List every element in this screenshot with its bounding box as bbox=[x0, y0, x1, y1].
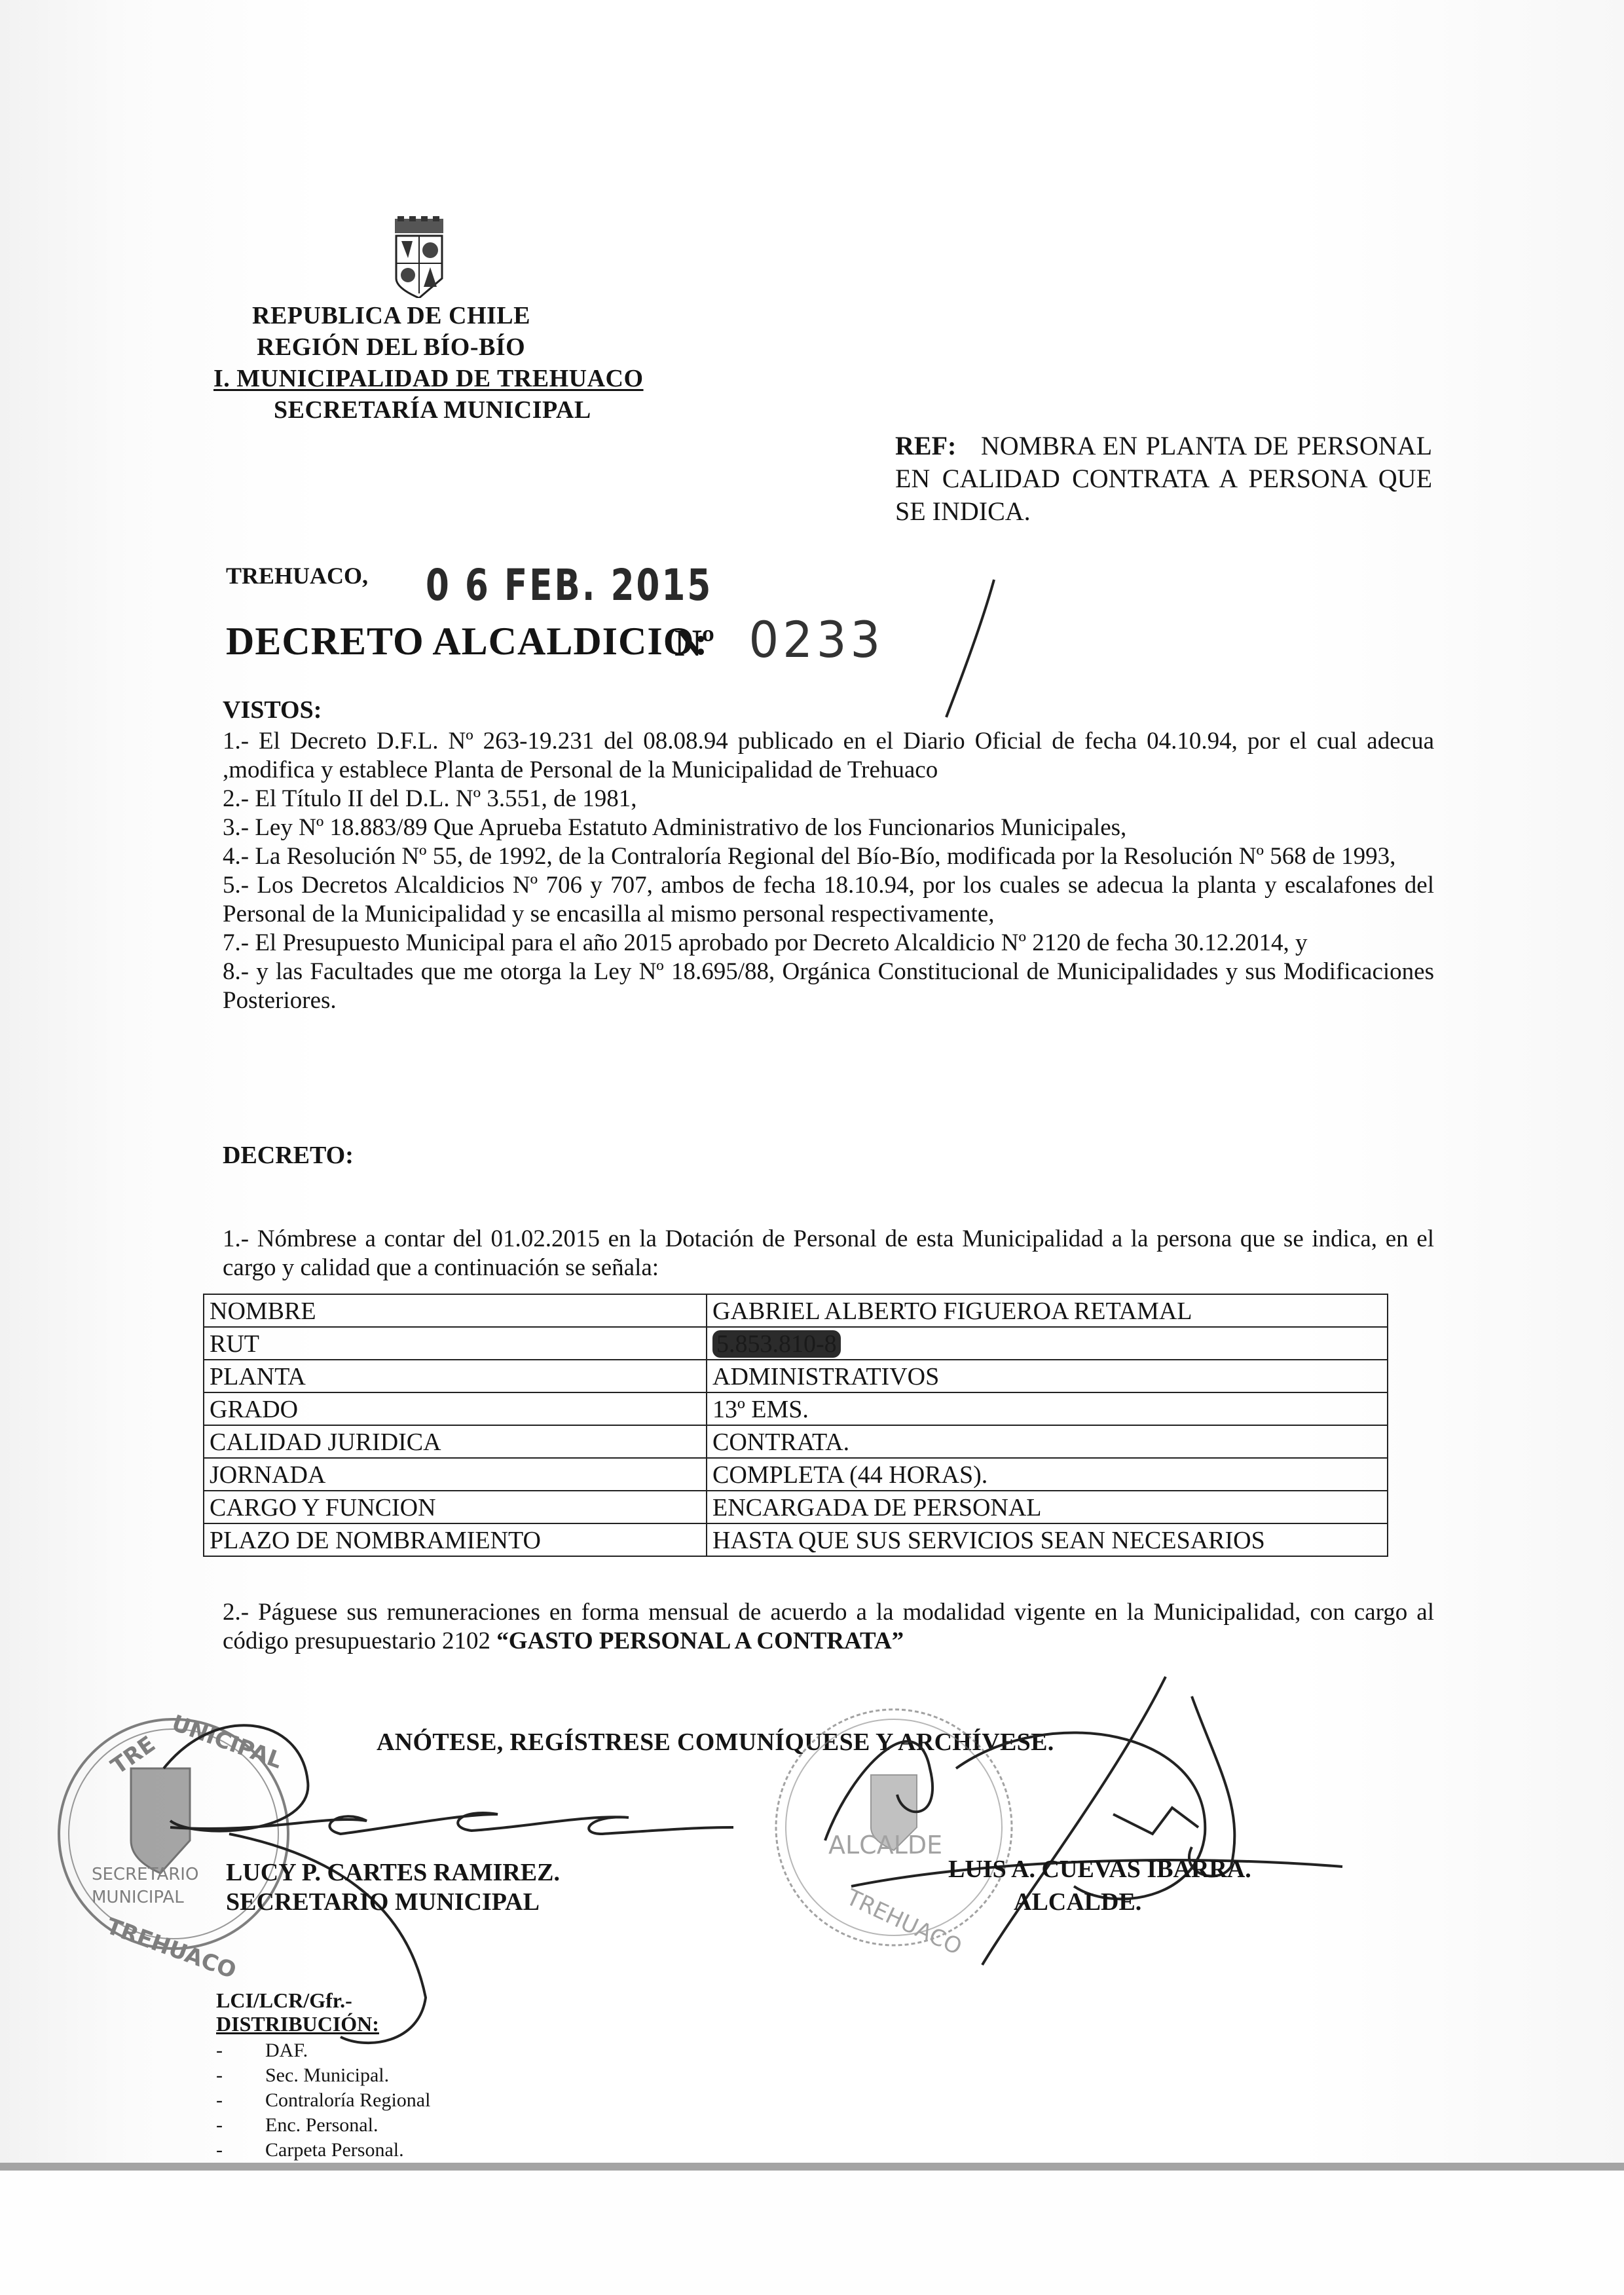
field-label: CALIDAD JURIDICA bbox=[204, 1425, 707, 1458]
distribution-item: -Carpeta Personal. bbox=[216, 2138, 430, 2161]
field-value: CONTRATA. bbox=[707, 1425, 1388, 1458]
distribution-item: -Enc. Personal. bbox=[216, 2113, 430, 2138]
handwritten-slash-mark bbox=[910, 576, 1002, 720]
letterhead-department: SECRETARÍA MUNICIPAL bbox=[274, 396, 591, 424]
vistos-item: 4.- La Resolución Nº 55, de 1992, de la … bbox=[223, 842, 1434, 871]
table-row: RUT5.853.810-8 bbox=[204, 1327, 1388, 1360]
decreto-heading: DECRETO: bbox=[223, 1141, 354, 1170]
letterhead-municipality: I. MUNICIPALIDAD DE TREHUACO bbox=[213, 364, 644, 393]
blank-scan-area bbox=[0, 2171, 1624, 2295]
distribution-recipient: DAF. bbox=[265, 2038, 308, 2063]
city-label: TREHUACO, bbox=[226, 562, 368, 589]
reference-label: REF: bbox=[895, 431, 956, 460]
table-row: CALIDAD JURIDICACONTRATA. bbox=[204, 1425, 1388, 1458]
decree-number-label: Nº bbox=[674, 621, 714, 665]
redacted-rut-value: 5.853.810-8 bbox=[712, 1330, 841, 1358]
date-stamp: 0 6 FEB. 2015 bbox=[426, 560, 712, 610]
scan-edge-bar bbox=[0, 2163, 1624, 2171]
field-value: 13º EMS. bbox=[707, 1392, 1388, 1425]
field-label: GRADO bbox=[204, 1392, 707, 1425]
vistos-item: 5.- Los Decretos Alcaldicios Nº 706 y 70… bbox=[223, 871, 1434, 929]
table-row: NOMBREGABRIEL ALBERTO FIGUEROA RETAMAL bbox=[204, 1294, 1388, 1327]
bullet-dash: - bbox=[216, 2088, 265, 2113]
distribution-recipient: Enc. Personal. bbox=[265, 2113, 378, 2138]
drafter-initials: LCI/LCR/Gfr.- bbox=[216, 1988, 352, 2013]
letterhead-region: REGIÓN DEL BÍO-BÍO bbox=[257, 333, 525, 362]
scanned-page bbox=[0, 0, 1624, 2163]
field-value: ADMINISTRATIVOS bbox=[707, 1360, 1388, 1392]
mayor-title: ALCALDE. bbox=[1014, 1888, 1141, 1916]
distribution-item: -Sec. Municipal. bbox=[216, 2063, 430, 2088]
bullet-dash: - bbox=[216, 2038, 265, 2063]
distribution-item: -DAF. bbox=[216, 2038, 430, 2063]
article-1: 1.- Nómbrese a contar del 01.02.2015 en … bbox=[223, 1225, 1434, 1282]
coat-of-arms-icon bbox=[383, 216, 455, 298]
bullet-dash: - bbox=[216, 2138, 265, 2161]
letterhead-country: REPUBLICA DE CHILE bbox=[252, 301, 530, 330]
table-row: JORNADACOMPLETA (44 HORAS). bbox=[204, 1458, 1388, 1491]
reference-text: NOMBRA EN PLANTA DE PERSONAL EN CALIDAD … bbox=[895, 431, 1432, 526]
vistos-item: 8.- y las Facultades que me otorga la Le… bbox=[223, 958, 1434, 1015]
field-label: JORNADA bbox=[204, 1458, 707, 1491]
distribution-list: -DAF.-Sec. Municipal.-Contraloría Region… bbox=[216, 2038, 609, 2161]
vistos-item: 1.- El Decreto D.F.L. Nº 263-19.231 del … bbox=[223, 727, 1434, 785]
vistos-item: 7.- El Presupuesto Municipal para el año… bbox=[223, 929, 1434, 958]
field-label: NOMBRE bbox=[204, 1294, 707, 1327]
mayor-name: LUIS A. CUEVAS IBARRA. bbox=[948, 1855, 1251, 1884]
table-row: GRADO13º EMS. bbox=[204, 1392, 1388, 1425]
field-label: PLAZO DE NOMBRAMIENTO bbox=[204, 1523, 707, 1556]
reference-block: REF: NOMBRA EN PLANTA DE PERSONAL EN CAL… bbox=[895, 430, 1432, 528]
distribution-heading: DISTRIBUCIÓN: bbox=[216, 2012, 379, 2036]
field-value: 5.853.810-8 bbox=[707, 1327, 1388, 1360]
distribution-recipient: Sec. Municipal. bbox=[265, 2063, 389, 2088]
field-value: ENCARGADA DE PERSONAL bbox=[707, 1491, 1388, 1523]
decree-title: DECRETO ALCALDICIO: bbox=[226, 619, 708, 664]
budget-item-label: “GASTO PERSONAL A CONTRATA” bbox=[496, 1628, 904, 1654]
appointment-details-table: NOMBREGABRIEL ALBERTO FIGUEROA RETAMALRU… bbox=[203, 1294, 1388, 1557]
secretary-name: LUCY P. CARTES RAMIREZ. bbox=[226, 1857, 560, 1888]
distribution-recipient: Carpeta Personal. bbox=[265, 2138, 404, 2161]
bullet-dash: - bbox=[216, 2113, 265, 2138]
field-value: HASTA QUE SUS SERVICIOS SEAN NECESARIOS bbox=[707, 1523, 1388, 1556]
table-row: PLAZO DE NOMBRAMIENTOHASTA QUE SUS SERVI… bbox=[204, 1523, 1388, 1556]
field-label: RUT bbox=[204, 1327, 707, 1360]
decree-number-handwritten: 0233 bbox=[748, 610, 884, 669]
bullet-dash: - bbox=[216, 2063, 265, 2088]
table-row: PLANTAADMINISTRATIVOS bbox=[204, 1360, 1388, 1392]
field-label: PLANTA bbox=[204, 1360, 707, 1392]
distribution-item: -Contraloría Regional bbox=[216, 2088, 430, 2113]
distribution-recipient: Contraloría Regional bbox=[265, 2088, 430, 2113]
article-2: 2.- Páguese sus remuneraciones en forma … bbox=[223, 1598, 1434, 1656]
field-value: COMPLETA (44 HORAS). bbox=[707, 1458, 1388, 1491]
vistos-list: 1.- El Decreto D.F.L. Nº 263-19.231 del … bbox=[223, 727, 1434, 1015]
vistos-heading: VISTOS: bbox=[223, 696, 322, 724]
closing-formula: ANÓTESE, REGÍSTRESE COMUNÍQUESE Y ARCHÍV… bbox=[377, 1728, 1054, 1757]
secretary-title: SECRETARIO MUNICIPAL bbox=[226, 1888, 540, 1916]
field-label: CARGO Y FUNCION bbox=[204, 1491, 707, 1523]
table-row: CARGO Y FUNCIONENCARGADA DE PERSONAL bbox=[204, 1491, 1388, 1523]
vistos-item: 2.- El Título II del D.L. Nº 3.551, de 1… bbox=[223, 785, 1434, 813]
vistos-item: 3.- Ley Nº 18.883/89 Que Aprueba Estatut… bbox=[223, 813, 1434, 842]
field-value: GABRIEL ALBERTO FIGUEROA RETAMAL bbox=[707, 1294, 1388, 1327]
